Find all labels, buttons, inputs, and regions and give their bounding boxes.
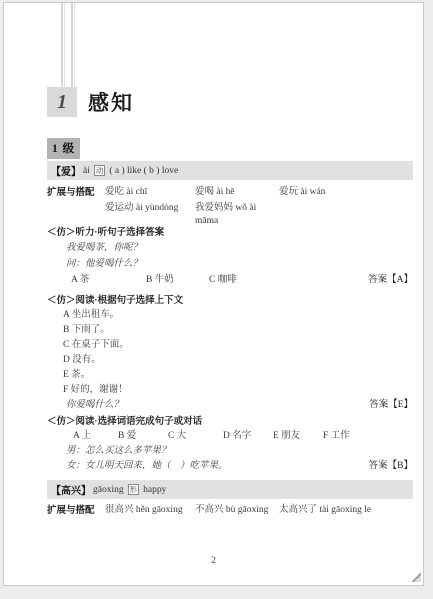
entry-pinyin: gāoxìng [93, 485, 124, 495]
entry-meaning: ( a ) like ( b ) love [109, 166, 178, 176]
collocation-label: 扩展与搭配 [47, 504, 105, 517]
collocation-row: 扩展与搭配 很高兴 hěn gāoxìng 不高兴 bù gāoxìng 太高兴… [47, 504, 413, 517]
entry-headword: 【高兴】 [51, 482, 91, 497]
prompt-sentence: 你爱喝什么？ [47, 399, 123, 412]
section-header-reading-context: ＜仿＞阅读·根据句子选择上下文 [47, 294, 413, 307]
context-item: F 好的，谢谢！ [47, 384, 413, 397]
chapter-title: 感知 [88, 87, 134, 117]
entry-headword: 【爱】 [51, 163, 81, 178]
answer-key: 答案【B】 [369, 460, 413, 473]
word-options-row: A 上 B 爱 C 大 D 名字 E 朋友 F 工作 [47, 430, 413, 443]
option-d: D 名字 [223, 430, 273, 443]
dialogue-line: 女：女儿明天回来，她（ ）吃苹果。 [47, 460, 228, 473]
prompt-row: 你爱喝什么？ 答案【E】 [47, 399, 413, 412]
option-e: E 朋友 [273, 430, 323, 443]
context-item: B 下雨了。 [47, 324, 413, 337]
option-c: C 大 [168, 430, 223, 443]
dialogue-line: 男：怎么买这么多苹果？ [47, 445, 413, 458]
binding-line [71, 3, 73, 90]
answer-key: 答案【E】 [369, 399, 413, 412]
collocation-label: 扩展与搭配 [47, 186, 105, 199]
context-item: A 坐出租车。 [47, 309, 413, 322]
collocation-label [47, 202, 105, 228]
section-header-reading-fill: ＜仿＞阅读·选择词语完成句子或对话 [47, 415, 413, 428]
chapter-number: 1 [47, 87, 77, 117]
collocation-item: 爱喝 ài hē [195, 186, 279, 199]
context-item: D 没有。 [47, 354, 413, 367]
collocation-item: 爱运动 ài yùndòng [105, 202, 195, 228]
part-of-speech-badge: 动 [94, 165, 106, 176]
context-item: E 茶。 [47, 369, 413, 382]
collocation-row: 爱运动 ài yùndòng 我爱妈妈 wǒ ài māma [47, 202, 413, 228]
answer-options-row: A 茶 B 牛奶 C 咖啡 答案【A】 [47, 274, 413, 287]
collocation-item: 很高兴 hěn gāoxìng [105, 504, 195, 517]
collocation-item: 爱吃 ài chī [105, 186, 195, 199]
option-a: A 上 [73, 430, 118, 443]
option-b: B 牛奶 [146, 274, 209, 287]
level-heading: 1 级 [47, 138, 80, 159]
option-f: F 工作 [323, 430, 350, 443]
part-of-speech-badge: 形 [128, 484, 140, 495]
section-header-listening: ＜仿＞听力·听句子选择答案 [47, 226, 413, 239]
collocation-item: 我爱妈妈 wǒ ài māma [195, 202, 279, 228]
entry-pinyin: ài [83, 166, 90, 176]
page-corner-fold [412, 573, 421, 582]
answer-key: 答案【A】 [368, 274, 413, 287]
entry-headword-band: 【爱】 ài 动 ( a ) like ( b ) love [47, 161, 413, 180]
option-b: B 爱 [118, 430, 168, 443]
dialogue-line: 我爱喝茶，你呢？ [47, 242, 413, 255]
dialogue-answer-row: 女：女儿明天回来，她（ ）吃苹果。 答案【B】 [47, 460, 413, 473]
context-item: C 在桌子下面。 [47, 339, 413, 352]
binding-line [61, 3, 63, 90]
option-a: A 茶 [71, 274, 146, 287]
collocation-item: 太高兴了 tài gāoxìng le [279, 504, 413, 517]
entry-meaning: happy [143, 485, 166, 495]
collocation-row: 扩展与搭配 爱吃 ài chī 爱喝 ài hē 爱玩 ài wán [47, 186, 413, 199]
collocation-item [279, 202, 413, 228]
chapter-header: 1 感知 [47, 87, 134, 117]
page-number: 2 [4, 556, 423, 566]
dialogue-line: 问：他爱喝什么？ [47, 258, 413, 271]
book-page: 1 感知 1 级 【爱】 ài 动 ( a ) like ( b ) love … [3, 2, 424, 586]
option-c: C 咖啡 [209, 274, 368, 287]
collocation-item: 爱玩 ài wán [279, 186, 413, 199]
entry-headword-band: 【高兴】 gāoxìng 形 happy [47, 480, 413, 499]
collocation-item: 不高兴 bù gāoxìng [195, 504, 279, 517]
